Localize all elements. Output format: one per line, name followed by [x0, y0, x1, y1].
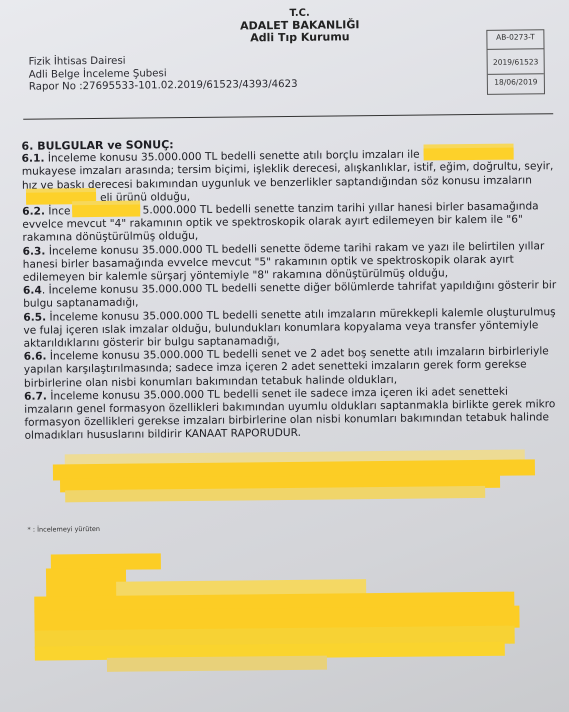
- finding-number: 6.2.: [22, 206, 45, 218]
- reference-box: AB-0273-T 2019/61523 18/06/2019: [486, 29, 545, 95]
- document-page: T.C. ADALET BAKANLIĞI Adli Tıp Kurumu Fi…: [0, 0, 569, 712]
- redaction-block: [26, 192, 96, 205]
- document-header: T.C. ADALET BAKANLIĞI Adli Tıp Kurumu: [0, 5, 569, 47]
- finding-6-6: 6.6. İnceleme konusu 35.000.000 TL bedel…: [24, 345, 559, 390]
- finding-6-5: 6.5. İnceleme konusu 35.000.000 TL bedel…: [23, 306, 558, 351]
- finding-number: 6.1.: [22, 153, 45, 165]
- finding-6-7: 6.7. İnceleme konusu 35.000.000 TL bedel…: [24, 385, 560, 443]
- finding-6-1: 6.1. İnceleme konusu 35.000.000 TL bedel…: [22, 147, 558, 205]
- redaction-block: [424, 148, 514, 161]
- finding-number: 6.3.: [23, 245, 46, 257]
- ref-file-number: 2019/61523: [488, 49, 544, 75]
- finding-number: 6.4: [23, 285, 42, 297]
- redacted-block-2: [0, 0, 569, 3]
- footnote: * : İncelemeyi yürüten: [27, 525, 100, 534]
- ref-date: 18/06/2019: [488, 74, 544, 94]
- finding-number: 6.7.: [24, 390, 47, 402]
- ref-code: AB-0273-T: [487, 30, 543, 50]
- finding-6-2: 6.2. İnce5.000.000 TL bedelli senette ta…: [22, 200, 557, 245]
- redaction-block: [72, 205, 140, 218]
- header-divider: [23, 113, 553, 120]
- finding-6-3: 6.3. İnceleme konusu 35.000.000 TL bedel…: [23, 240, 558, 285]
- findings-section: 6. BULGULAR ve SONUÇ: 6.1. İnceleme konu…: [21, 134, 559, 443]
- finding-number: 6.5.: [23, 311, 46, 323]
- finding-number: 6.6.: [24, 351, 47, 363]
- report-number: Rapor No :27695533-101.02.2019/61523/439…: [29, 79, 298, 94]
- redacted-block-1: [0, 0, 569, 3]
- report-meta: Fizik İhtisas Dairesi Adli Belge İncelem…: [29, 54, 298, 94]
